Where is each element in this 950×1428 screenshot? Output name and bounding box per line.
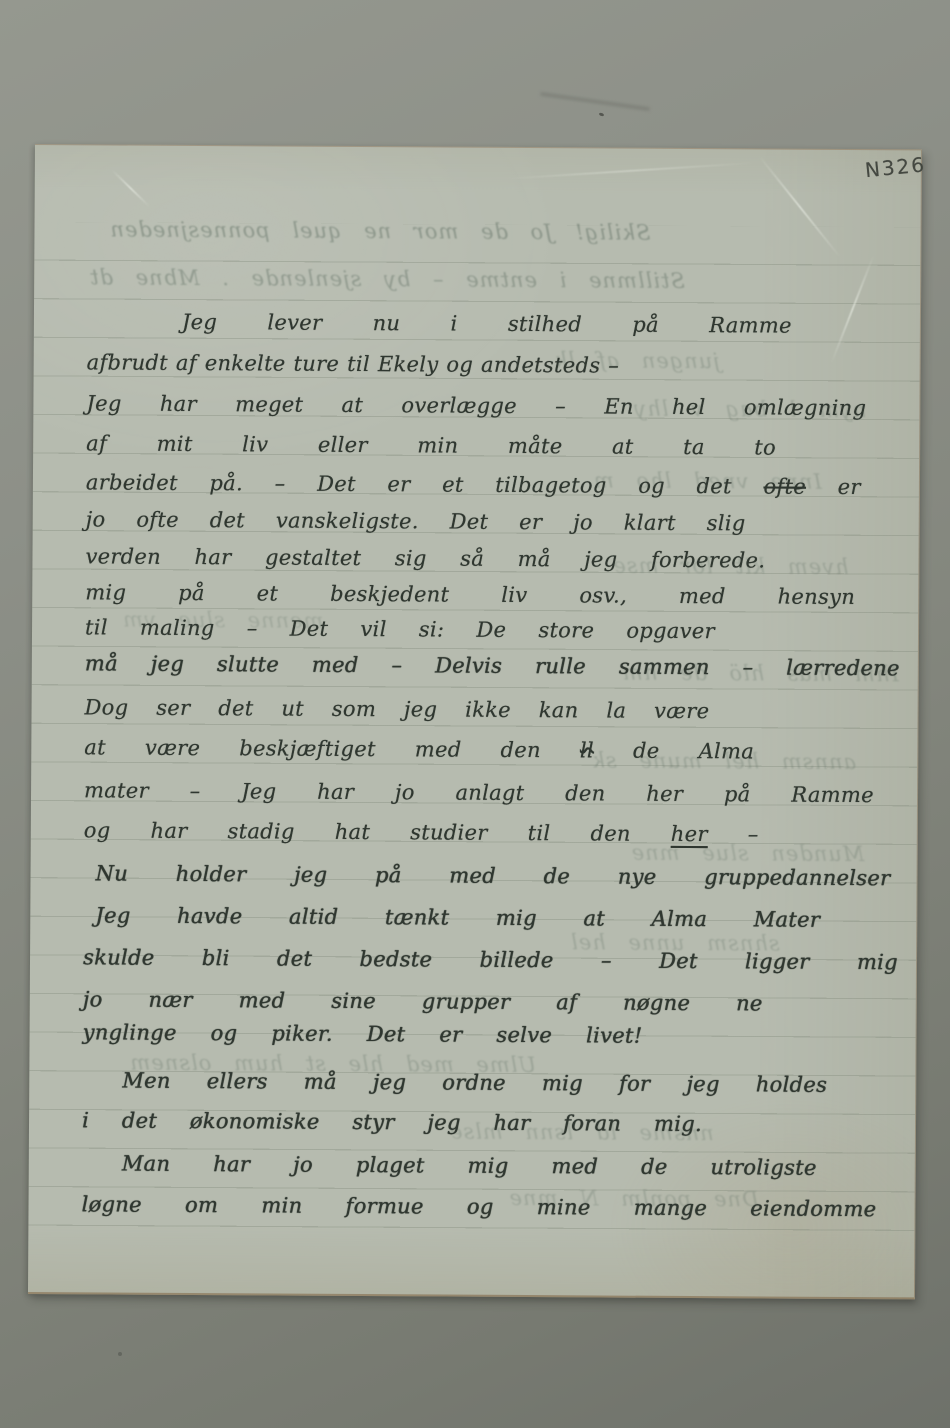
letter-line: Jeg har meget at overlægge – En hel omlæ…	[86, 388, 866, 423]
letter-line: jo ofte det vanskeligste. Det er jo klar…	[86, 504, 746, 538]
handwritten-text: afbrudt af enkelte ture til Ekely og and…	[87, 350, 620, 377]
handwritten-text: mig på et beskjedent liv osv., med hensy…	[85, 580, 855, 609]
letter-sheet: Skilig! Jo de mor ne quel ponnesjnedenSt…	[28, 144, 922, 1299]
handwritten-text: af mit liv eller min måte at ta to	[86, 431, 776, 459]
letter-line: af mit liv eller min måte at ta to	[86, 428, 776, 462]
letter-line: Nu holder jeg på med de nye gruppedannel…	[95, 858, 890, 893]
letter-line: Dog ser det ut som jeg ikke kan la være	[84, 692, 709, 726]
background-smudge	[540, 92, 649, 110]
handwritten-text: at være beskjæftiget med den	[84, 735, 541, 762]
handwritten-text: Jeg lever nu i stilhed på Ramme	[182, 310, 792, 338]
handwritten-text: må jeg slutte med – Delvis rulle sammen …	[85, 651, 900, 680]
handwritten-text: jo nær med sine grupper af nøgne ne	[83, 987, 763, 1015]
letter-line: mig på et beskjedent liv osv., med hensy…	[85, 577, 855, 612]
handwritten-text: er	[838, 475, 861, 499]
letter-line: ynglinge og piker. Det er selve livet!	[82, 1017, 642, 1050]
letter-line: løgne om min formue og mine mange eiendo…	[81, 1189, 876, 1224]
handwritten-text: i det økonomiske styr jeg har foran mig.	[82, 1108, 702, 1136]
letter-body: Jeg lever nu i stilhed på Rammeafbrudt a…	[28, 145, 921, 1297]
letter-line: og har stadig hat studier til den her –	[84, 815, 759, 849]
handwritten-text: jo ofte det vanskeligste. Det er jo klar…	[86, 507, 746, 535]
dust-speck	[118, 1352, 122, 1356]
handwritten-text: og har stadig hat studier til den	[84, 818, 631, 845]
handwritten-text: mater – Jeg har jo anlagt den her på Ram…	[84, 778, 874, 807]
letter-line: Jeg havde altid tænkt mig at Alma Mater	[95, 900, 820, 934]
letter-line: Jeg lever nu i stilhed på Ramme	[182, 307, 792, 341]
handwritten-text: arbeidet på. – Det er et tilbagetog og d…	[86, 470, 732, 498]
handwritten-text: Jeg havde altid tænkt mig at Alma Mater	[95, 903, 820, 931]
letter-line: at være beskjæftiget med den ll de Alma	[84, 732, 754, 766]
letter-line: jo nær med sine grupper af nøgne ne	[83, 984, 763, 1018]
handwritten-text: til maling – Det vil si: De store opgave…	[85, 615, 715, 643]
letter-line: afbrudt af enkelte ture til Ekely og and…	[87, 347, 620, 380]
dust-speck	[599, 112, 605, 117]
struck-word: ofte	[763, 474, 806, 498]
letter-line: i det økonomiske styr jeg har foran mig.	[82, 1105, 702, 1139]
letter-line: mater – Jeg har jo anlagt den her på Ram…	[84, 775, 874, 810]
letter-line: Men ellers må jeg ordne mig for jeg hold…	[122, 1066, 827, 1100]
struck-word: ll	[580, 738, 594, 762]
letter-line: arbeidet på. – Det er et tilbagetog og d…	[86, 467, 861, 502]
handwritten-text: de Alma	[633, 739, 754, 764]
photo-background: Skilig! Jo de mor ne quel ponnesjnedenSt…	[0, 0, 950, 1428]
handwritten-text: Jeg har meget at overlægge – En hel omlæ…	[86, 391, 866, 420]
handwritten-text: verden har gestaltet sig så må jeg forbe…	[85, 544, 765, 572]
handwritten-text: Man har jo plaget mig med de utroligste	[122, 1152, 817, 1180]
underlined-word: her	[671, 822, 708, 846]
handwritten-text: –	[748, 822, 759, 846]
letter-line: skulde bli det bedste billede – Det ligg…	[83, 942, 898, 977]
letter-line: Man har jo plaget mig med de utroligste	[122, 1149, 817, 1183]
handwritten-text: Men ellers må jeg ordne mig for jeg hold…	[122, 1069, 827, 1097]
handwritten-text: Dog ser det ut som jeg ikke kan la være	[84, 695, 709, 723]
letter-line: må jeg slutte med – Delvis rulle sammen …	[85, 648, 900, 683]
handwritten-text: skulde bli det bedste billede – Det ligg…	[83, 945, 898, 974]
letter-line: verden har gestaltet sig så må jeg forbe…	[85, 541, 765, 575]
handwritten-text: ynglinge og piker. Det er selve livet!	[83, 1020, 643, 1047]
handwritten-text: Nu holder jeg på med de nye gruppedannel…	[95, 861, 890, 890]
handwritten-text: løgne om min formue og mine mange eiendo…	[81, 1192, 876, 1221]
letter-line: til maling – Det vil si: De store opgave…	[85, 612, 715, 646]
